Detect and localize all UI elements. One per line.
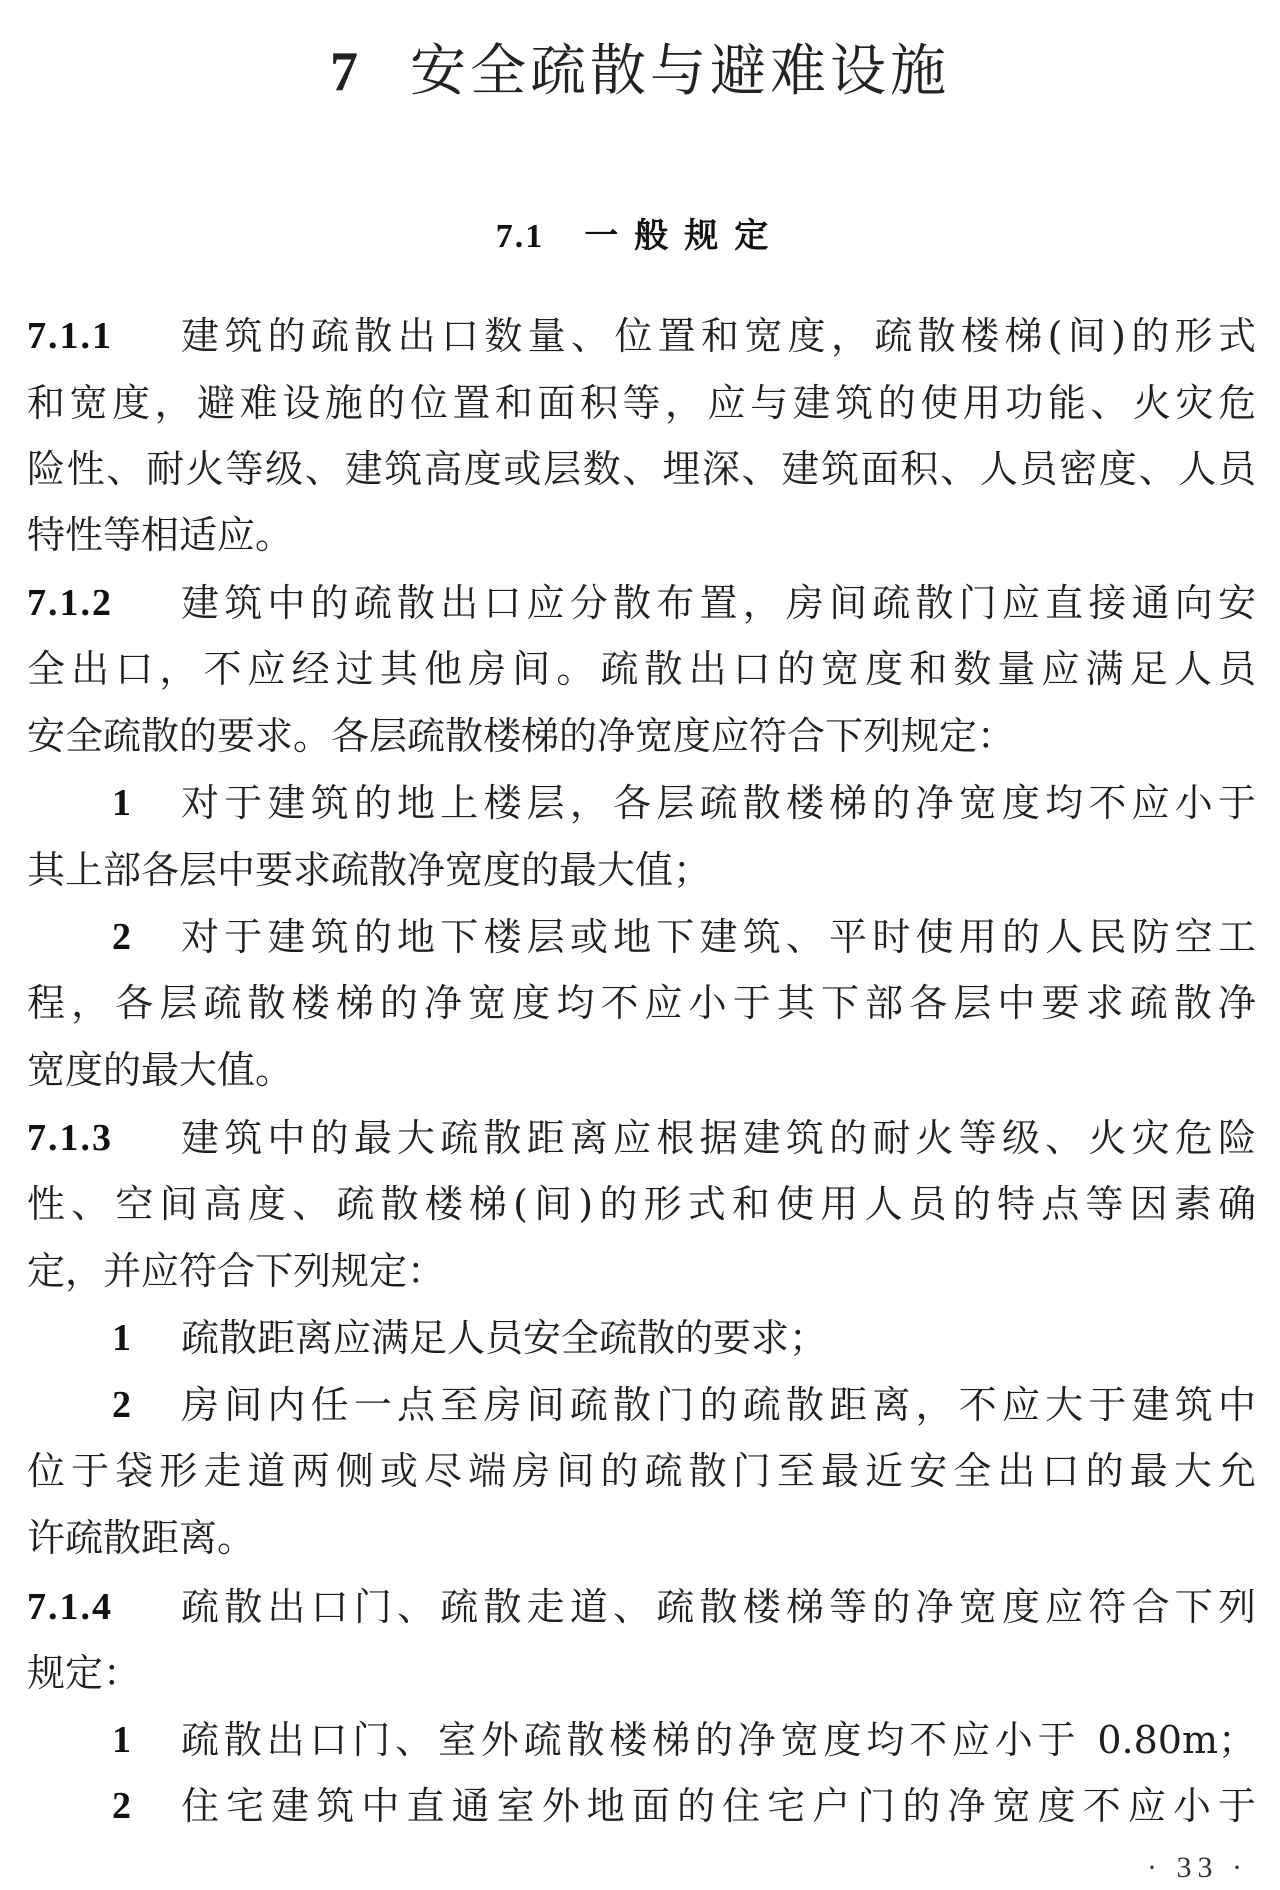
- section-heading: 7.1一般规定: [0, 214, 1280, 259]
- section-number: 7.1: [496, 218, 545, 255]
- item-line: 程，各层疏散楼梯的净宽度均不应小于其下部各层中要求疏散净: [27, 973, 1256, 1033]
- chapter-title: 7安全疏散与避难设施: [0, 38, 1280, 106]
- item-line: 对于建筑的地下楼层或地下建筑、平时使用的人民防空工: [181, 907, 1256, 967]
- chapter-title-text: 安全疏散与避难设施: [410, 39, 950, 104]
- clause-line: 建筑中的疏散出口应分散布置，房间疏散门应直接通向安: [181, 573, 1256, 633]
- item-number: 2: [112, 1375, 131, 1435]
- chapter-number: 7: [330, 41, 362, 103]
- item-line: 疏散出口门、室外疏散楼梯的净宽度均不应小于 0.80m；: [181, 1710, 1256, 1770]
- item-line: 许疏散距离。: [27, 1508, 1256, 1568]
- item-line: 疏散距离应满足人员安全疏散的要求；: [181, 1308, 1256, 1368]
- clause-number: 7.1.4: [27, 1577, 113, 1637]
- clause-number: 7.1.3: [27, 1108, 113, 1168]
- item-number: 1: [112, 1308, 131, 1368]
- clause-line: 疏散出口门、疏散走道、疏散楼梯等的净宽度应符合下列: [181, 1577, 1256, 1637]
- clause-number: 7.1.2: [27, 573, 113, 633]
- clause-line: 和宽度，避难设施的位置和面积等，应与建筑的使用功能、火灾危: [27, 373, 1256, 433]
- clause-number: 7.1.1: [27, 306, 113, 366]
- item-number: 2: [112, 1776, 131, 1836]
- section-title-text: 一般规定: [584, 216, 784, 256]
- item-line: 房间内任一点至房间疏散门的疏散距离，不应大于建筑中: [181, 1375, 1256, 1435]
- clause-line: 建筑的疏散出口数量、位置和宽度，疏散楼梯(间)的形式: [181, 306, 1256, 366]
- clause-line: 规定：: [27, 1643, 1256, 1703]
- item-line: 位于袋形走道两侧或尽端房间的疏散门至最近安全出口的最大允: [27, 1441, 1256, 1501]
- item-line: 其上部各层中要求疏散净宽度的最大值；: [27, 840, 1256, 900]
- item-line: 对于建筑的地上楼层，各层疏散楼梯的净宽度均不应小于: [181, 773, 1256, 833]
- page-number: · 33 ·: [1147, 1846, 1248, 1890]
- clause-line: 全出口，不应经过其他房间。疏散出口的宽度和数量应满足人员: [27, 639, 1256, 699]
- clause-line: 建筑中的最大疏散距离应根据建筑的耐火等级、火灾危险: [181, 1108, 1256, 1168]
- item-number: 2: [112, 907, 131, 967]
- item-line: 宽度的最大值。: [27, 1040, 1256, 1100]
- clause-line: 安全疏散的要求。各层疏散楼梯的净宽度应符合下列规定：: [27, 706, 1256, 766]
- item-line: 住宅建筑中直通室外地面的住宅户门的净宽度不应小于: [181, 1776, 1256, 1836]
- item-number: 1: [112, 773, 131, 833]
- clause-line: 定，并应符合下列规定：: [27, 1241, 1256, 1301]
- clause-line: 险性、耐火等级、建筑高度或层数、埋深、建筑面积、人员密度、人员: [27, 439, 1256, 499]
- clause-line: 性、空间高度、疏散楼梯(间)的形式和使用人员的特点等因素确: [27, 1174, 1256, 1234]
- item-number: 1: [112, 1710, 131, 1770]
- clause-line: 特性等相适应。: [27, 505, 1256, 565]
